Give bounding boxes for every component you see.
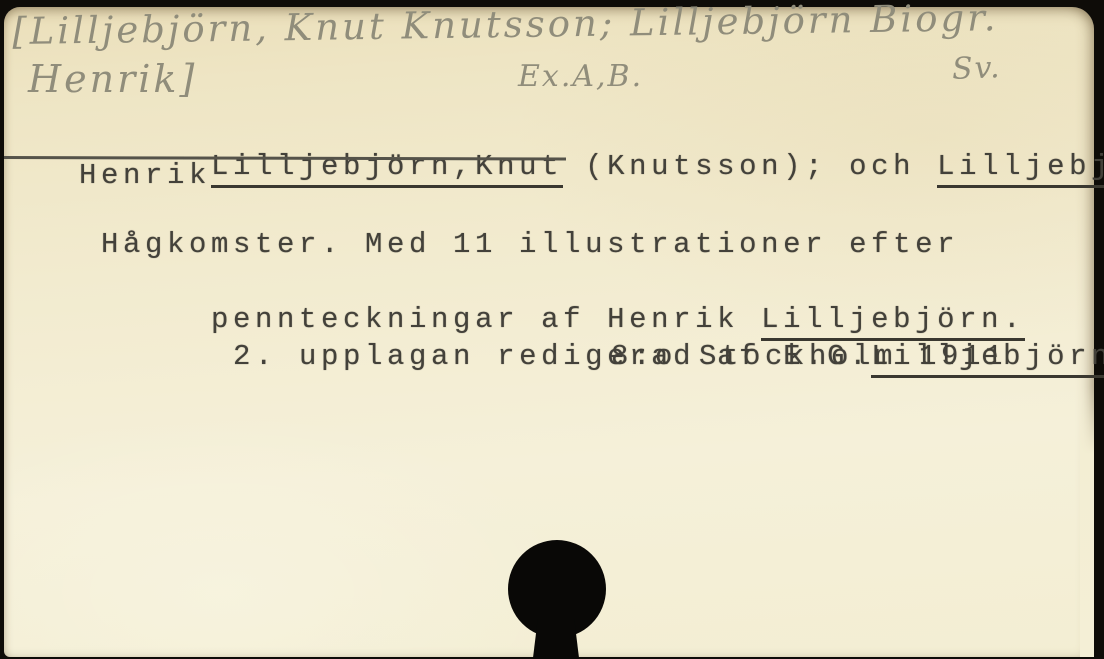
heading-middle-text: (Knutsson); och — [563, 150, 937, 183]
handwritten-heading-line1: [Lilljebjörn, Knut Knutsson; Lilljebjörn… — [12, 0, 999, 53]
typed-imprint-line: 8:o Stockholm 1911 — [611, 338, 1007, 376]
handwritten-heading-line2: Henrik] — [28, 57, 197, 101]
scanned-catalog-card-page: [Lilljebjörn, Knut Knutsson; Lilljebjörn… — [0, 0, 1104, 659]
typed-heading-line2: Henrik — [79, 157, 211, 195]
catalog-card: [Lilljebjörn, Knut Knutsson; Lilljebjörn… — [4, 7, 1094, 657]
card-edge-shading — [1080, 387, 1094, 657]
punch-hole-slot — [532, 619, 580, 659]
handwritten-category-note: Sv. — [951, 50, 1002, 87]
handwritten-copy-note: Ex.A,B. — [518, 59, 643, 94]
author-name-2: Lilljebjörn, — [937, 150, 1104, 188]
typed-title-line: Hågkomster. Med 11 illustrationer efter — [79, 226, 959, 264]
typed-heading-line1: Lilljebjörn,Knut (Knutsson); och Lilljeb… — [79, 110, 1104, 224]
